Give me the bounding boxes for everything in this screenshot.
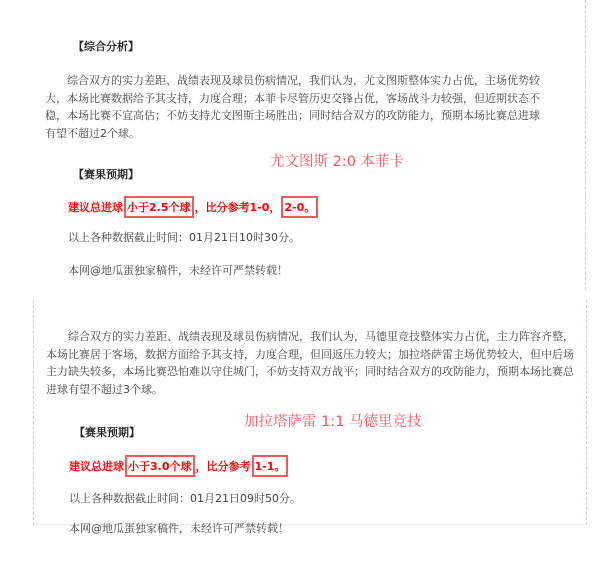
score-annotation: 尤文图斯 2:0 本菲卡 bbox=[270, 150, 404, 171]
suggestion-prefix: 建议总进球 bbox=[68, 199, 123, 215]
score-highlight: 2-0。 bbox=[281, 196, 318, 218]
article-block-1: 【综合分析】 综合双方的实力差距、战绩表现及球员伤病情况，我们认为，尤文图斯整体… bbox=[0, 0, 586, 290]
goals-highlight: 小于2.5个球 bbox=[124, 196, 194, 218]
suggestion-line: 建议总进球 小于3.0个球 ，比分参考 1-1。 bbox=[69, 455, 289, 477]
suggestion-line: 建议总进球 小于2.5个球 ，比分参考1-0， 2-0。 bbox=[68, 196, 319, 218]
data-cutoff-time: 以上各种数据截止时间：01月21日10时30分。 bbox=[68, 229, 300, 245]
data-cutoff-time: 以上各种数据截止时间：01月21日09时50分。 bbox=[69, 490, 301, 506]
suggestion-prefix: 建议总进球 bbox=[69, 458, 124, 474]
score-annotation: 加拉塔萨雷 1:1 马德里竞技 bbox=[244, 410, 422, 431]
goals-highlight: 小于3.0个球 bbox=[125, 455, 195, 477]
analysis-heading: 【综合分析】 bbox=[73, 38, 139, 54]
copyright-notice: 本网@地瓜蛋独家稿件，未经许可严禁转载！ bbox=[68, 262, 288, 278]
suggestion-middle: ，比分参考 bbox=[196, 458, 251, 474]
article-block-2: 综合双方的实力差距、战绩表现及球员伤病情况，我们认为，马德里竞技整体实力占优，主… bbox=[33, 300, 587, 525]
analysis-paragraph: 综合双方的实力差距、战绩表现及球员伤病情况，我们认为，尤文图斯整体实力占优，主场… bbox=[45, 72, 550, 142]
copyright-notice: 本网@地瓜蛋独家稿件，未经许可严禁转载！ bbox=[69, 520, 289, 536]
prediction-heading: 【赛果预期】 bbox=[74, 424, 140, 440]
analysis-paragraph: 综合双方的实力差距、战绩表现及球员伤病情况，我们认为，马德里竞技整体实力占优，主… bbox=[46, 328, 576, 398]
suggestion-middle: ，比分参考1-0， bbox=[195, 199, 281, 215]
prediction-heading: 【赛果预期】 bbox=[73, 166, 139, 182]
score-highlight: 1-1。 bbox=[252, 455, 289, 477]
